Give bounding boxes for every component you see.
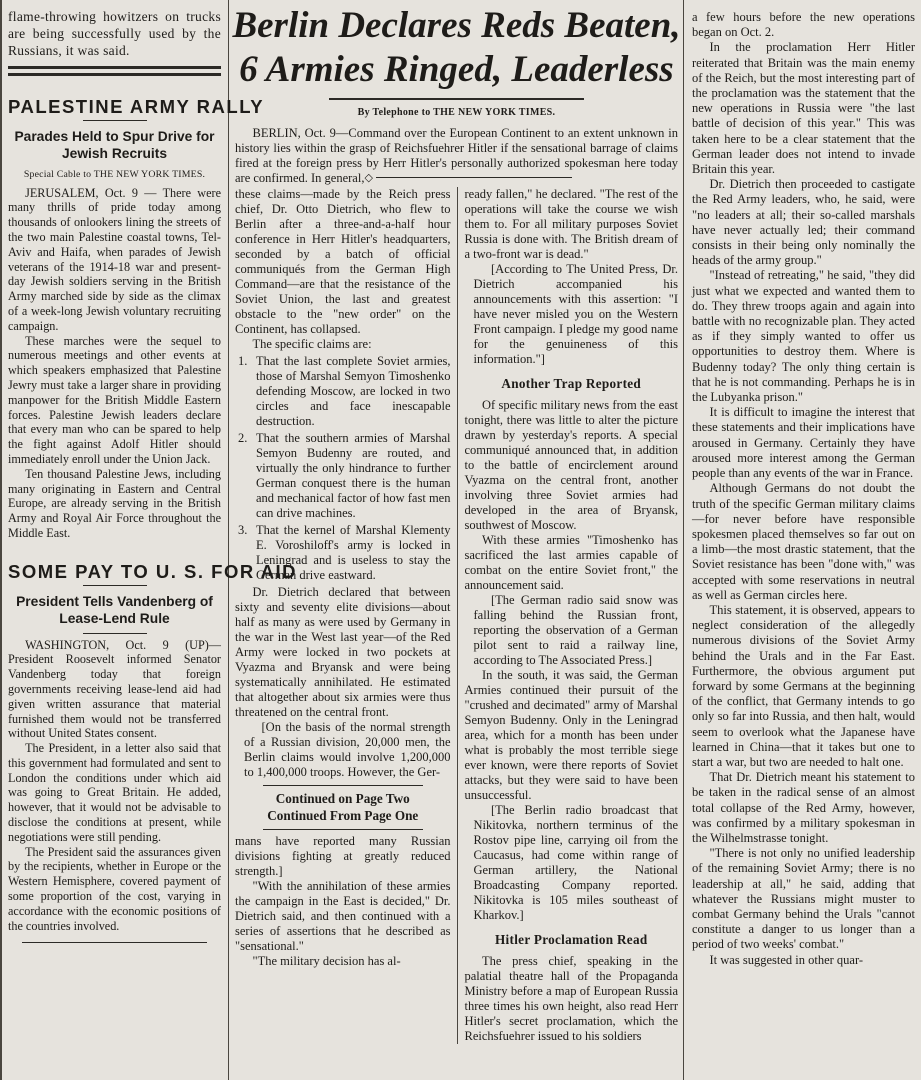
article-paragraph: It is difficult to imagine the interest … <box>692 405 915 481</box>
article-paragraph: This statement, it is observed, appears … <box>692 603 915 770</box>
continuation-rule <box>263 829 423 830</box>
claim-text: That the southern armies of Marshal Semy… <box>256 431 451 520</box>
article-paragraph: The press chief, speaking in the palatia… <box>465 954 679 1044</box>
column-split-rule <box>376 177 572 178</box>
wire-credit-line: Special Cable to THE NEW YORK TIMES. <box>8 168 221 183</box>
article-paragraph: The President said the assurances given … <box>8 845 221 934</box>
main-article-columns: these claims—made by the Reich press chi… <box>232 187 681 1044</box>
article-paragraph: [On the basis of the normal strength of … <box>235 720 451 780</box>
article-paragraph: "The military decision has al- <box>235 954 451 969</box>
claim-number: 2. <box>238 431 247 446</box>
main-headline: Berlin Declares Reds Beaten,6 Armies Rin… <box>232 4 681 92</box>
continued-from-notice: Continued From Page One <box>235 807 451 824</box>
section-subhead: Another Trap Reported <box>465 376 679 391</box>
newspaper-page: flame-throwing howitzers on trucks are b… <box>0 0 921 1080</box>
section-divider-double-rule <box>8 66 221 76</box>
article-paragraph: Dr. Dietrich declared that between sixty… <box>235 585 451 720</box>
article-paragraph: The specific claims are: <box>235 337 451 352</box>
main-headline-line1: Berlin Declares Reds Beaten, <box>232 5 680 46</box>
article-end-rule <box>22 942 207 943</box>
article-subhead: President Tells Vandenberg of Lease-Lend… <box>12 593 217 627</box>
article-paragraph: "Instead of retreating," he said, "they … <box>692 268 915 405</box>
claim-text: That the last complete Soviet armies, th… <box>256 354 451 428</box>
palestine-army-rally-article: PALESTINE ARMY RALLY Parades Held to Spu… <box>8 100 221 541</box>
article-paragraph: mans have reported many Russian division… <box>235 834 451 879</box>
article-headline: SOME PAY TO U. S. FOR AID <box>8 565 221 580</box>
main-article-left-column: these claims—made by the Reich press chi… <box>232 187 457 1044</box>
article-paragraph: "There is not only no unified leadership… <box>692 846 915 952</box>
lead-paragraph: BERLIN, Oct. 9—Command over the European… <box>232 126 681 186</box>
some-pay-to-us-article: SOME PAY TO U. S. FOR AID President Tell… <box>8 565 221 934</box>
main-article-right-column: ready fallen," he declared. "The rest of… <box>457 187 682 1044</box>
article-paragraph: With these armies "Timoshenko has sacrif… <box>465 533 679 593</box>
article-paragraph: It was suggested in other quar- <box>692 953 915 968</box>
article-paragraph: Dr. Dietrich then proceeded to castigate… <box>692 177 915 268</box>
article-paragraph: WASHINGTON, Oct. 9 (UP)—President Roosev… <box>8 638 221 742</box>
article-paragraph: These marches were the sequel to numerou… <box>8 334 221 467</box>
article-paragraph: Ten thousand Palestine Jews, including m… <box>8 467 221 541</box>
article-paragraph: [According to The United Press, Dr. Diet… <box>465 262 679 367</box>
claim-text: That the kernel of Marshal Klementy E. V… <box>256 523 451 582</box>
article-paragraph: JERUSALEM, Oct. 9 — There were many thri… <box>8 186 221 334</box>
byline: By Telephone to THE NEW YORK TIMES. <box>232 105 681 120</box>
numbered-claim: 3.That the kernel of Marshal Klementy E.… <box>235 523 451 583</box>
article-paragraph: The President, in a letter also said tha… <box>8 741 221 845</box>
article-headline: PALESTINE ARMY RALLY <box>8 100 221 115</box>
headline-rule <box>83 120 147 121</box>
article-paragraph: [The German radio said snow was falling … <box>465 593 679 668</box>
right-column: a few hours before the new operations be… <box>683 0 921 1080</box>
article-paragraph: [The Berlin radio broadcast that Nikitov… <box>465 803 679 923</box>
article-paragraph: a few hours before the new operations be… <box>692 10 915 40</box>
numbered-claim: 2.That the southern armies of Marshal Se… <box>235 431 451 521</box>
article-paragraph: "With the annihilation of these armies t… <box>235 879 451 954</box>
headline-rule <box>329 98 584 100</box>
subhead-rule <box>83 633 147 634</box>
continuation-rule <box>263 785 423 786</box>
main-headline-line2: 6 Armies Ringed, Leaderless <box>239 49 673 90</box>
main-article: Berlin Declares Reds Beaten,6 Armies Rin… <box>229 0 683 1080</box>
section-subhead: Hitler Proclamation Read <box>465 932 679 947</box>
section-break-diamond-icon: ◇ <box>364 172 372 184</box>
article-paragraph: these claims—made by the Reich press chi… <box>235 187 451 337</box>
claim-number: 1. <box>238 354 247 369</box>
article-paragraph: In the south, it was said, the German Ar… <box>465 668 679 803</box>
previous-article-continuation: flame-throwing howitzers on trucks are b… <box>8 8 221 59</box>
article-paragraph: That Dr. Dietrich meant his statement to… <box>692 770 915 846</box>
headline-rule <box>83 585 147 586</box>
article-paragraph: Of specific military news from the east … <box>465 398 679 533</box>
claim-number: 3. <box>238 523 247 538</box>
article-paragraph: In the proclamation Herr Hitler reiterat… <box>692 40 915 177</box>
left-column: flame-throwing howitzers on trucks are b… <box>0 0 229 1080</box>
article-paragraph: Although Germans do not doubt the truth … <box>692 481 915 603</box>
numbered-claim: 1.That the last complete Soviet armies, … <box>235 354 451 429</box>
article-subhead: Parades Held to Spur Drive for Jewish Re… <box>12 128 217 162</box>
article-paragraph: ready fallen," he declared. "The rest of… <box>465 187 679 262</box>
continued-on-notice: Continued on Page Two <box>235 790 451 807</box>
